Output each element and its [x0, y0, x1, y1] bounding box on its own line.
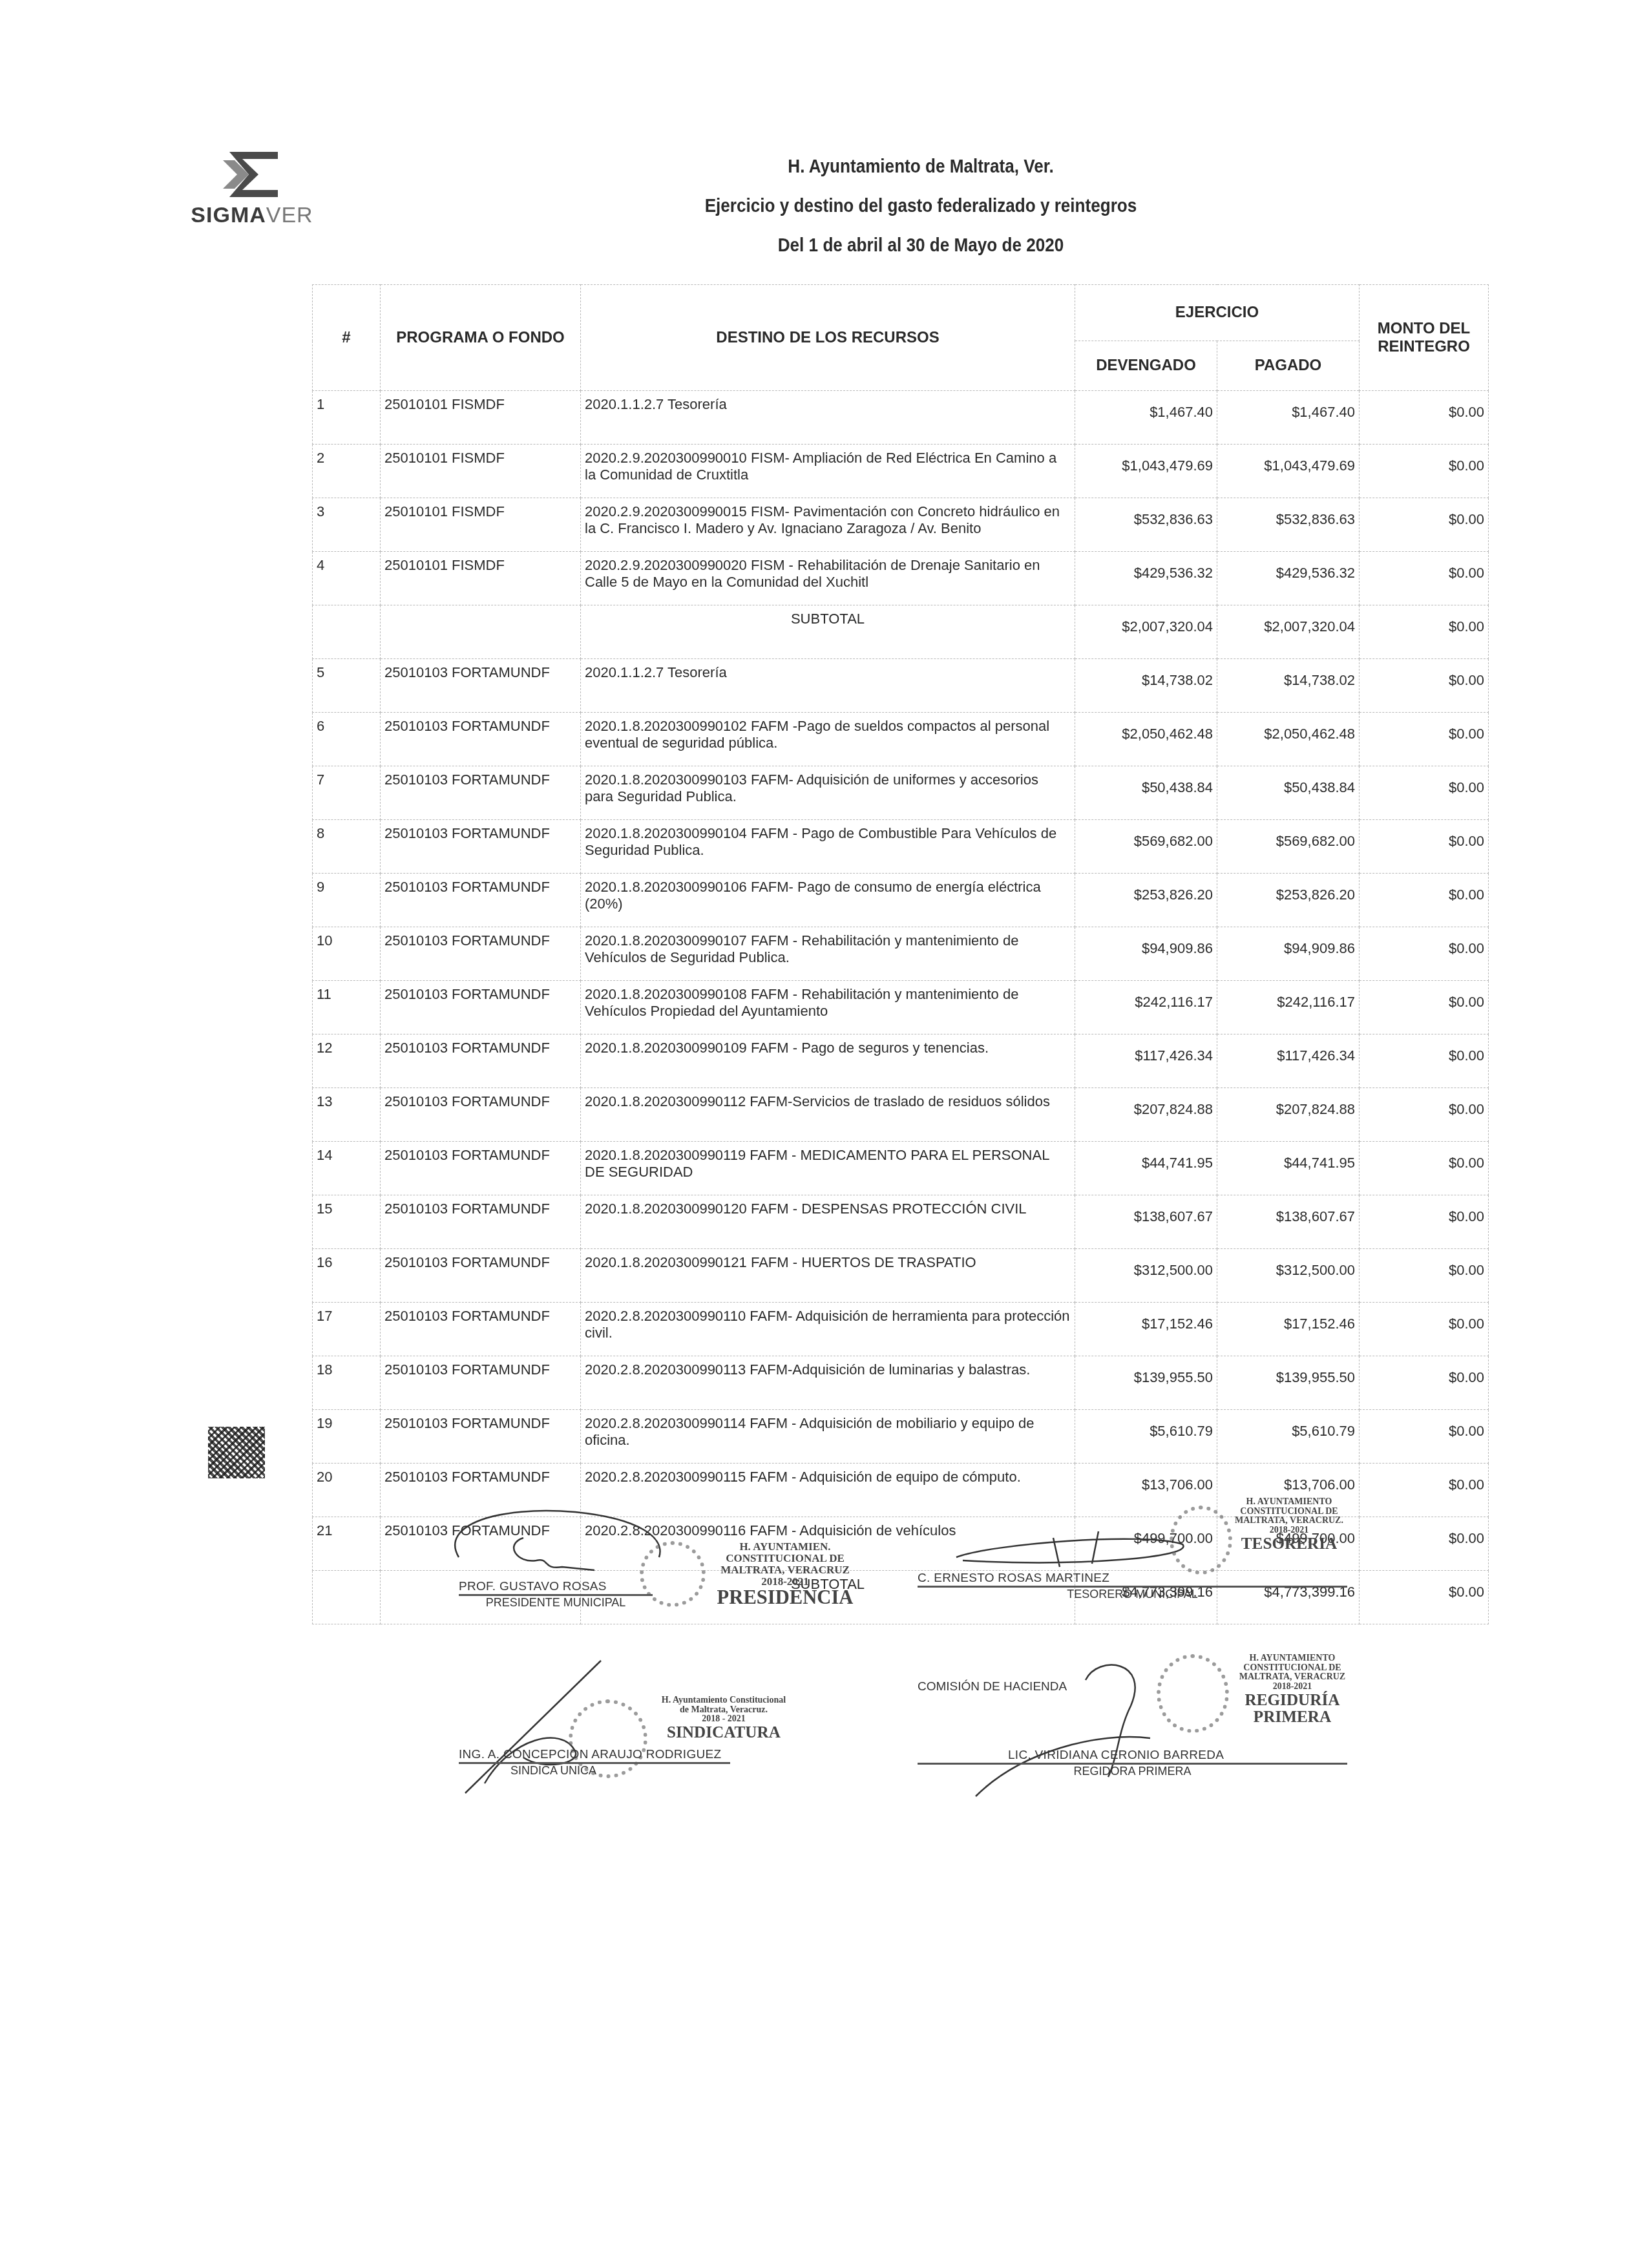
regidora-name: LIC. VIRIDIANA CERONIO BARREDA [918, 1748, 1347, 1763]
row-number: 4 [313, 552, 381, 605]
row-programa: 25010103 FORTAMUNDF [381, 1356, 581, 1410]
row-pagado: $569,682.00 [1217, 820, 1360, 874]
stamp-line: MALTRATA, VERACRUZ [1215, 1673, 1370, 1683]
row-destino: 2020.2.9.2020300990020 FISM - Rehabilita… [581, 552, 1075, 605]
row-devengado: $17,152.46 [1075, 1303, 1217, 1356]
subtotal-reintegro: $0.00 [1360, 1571, 1489, 1624]
row-programa: 25010103 FORTAMUNDF [381, 820, 581, 874]
row-devengado: $139,955.50 [1075, 1356, 1217, 1410]
expenditure-table: # PROGRAMA O FONDO DESTINO DE LOS RECURS… [312, 284, 1489, 1624]
row-devengado: $242,116.17 [1075, 981, 1217, 1034]
row-number: 18 [313, 1356, 381, 1410]
row-destino: 2020.1.8.2020300990121 FAFM - HUERTOS DE… [581, 1249, 1075, 1303]
row-number: 3 [313, 498, 381, 552]
row-destino: 2020.2.9.2020300990015 FISM- Pavimentaci… [581, 498, 1075, 552]
stamp-line: TESORERIA [1215, 1536, 1363, 1553]
table-row: 225010101 FISMDF2020.2.9.2020300990010 F… [313, 445, 1489, 498]
row-programa: 25010103 FORTAMUNDF [381, 1195, 581, 1249]
row-number: 10 [313, 927, 381, 981]
row-number: 19 [313, 1410, 381, 1464]
col-header-destino: DESTINO DE LOS RECURSOS [581, 285, 1075, 391]
row-number: 16 [313, 1249, 381, 1303]
stamp-line: H. Ayuntamiento Constitucional [627, 1696, 821, 1706]
row-devengado: $569,682.00 [1075, 820, 1217, 874]
row-programa: 25010101 FISMDF [381, 445, 581, 498]
row-programa: 25010103 FORTAMUNDF [381, 1303, 581, 1356]
subtotal-empty [381, 605, 581, 659]
col-header-devengado: DEVENGADO [1075, 341, 1217, 391]
commission-label: COMISIÓN DE HACIENDA [918, 1680, 1067, 1694]
signature-sindica: ING. A. CONCEPCION ARAUJO RODRIGUEZ SIND… [459, 1748, 730, 1778]
regidora-role: REGIDORA PRIMERA [918, 1765, 1347, 1778]
subtotal-devengado: $2,007,320.04 [1075, 605, 1217, 659]
comision-hacienda-label: COMISIÓN DE HACIENDA [918, 1680, 1067, 1694]
stamp-line: de Maltrata, Veracruz. [627, 1706, 821, 1716]
row-pagado: $312,500.00 [1217, 1249, 1360, 1303]
stamp-line: CONSTITUCIONAL DE [698, 1553, 872, 1564]
row-reintegro: $0.00 [1360, 820, 1489, 874]
col-header-ejercicio: EJERCICIO [1075, 285, 1360, 341]
row-devengado: $1,467.40 [1075, 391, 1217, 445]
table-body: 125010101 FISMDF2020.1.1.2.7 Tesorería$1… [313, 391, 1489, 1624]
row-reintegro: $0.00 [1360, 874, 1489, 927]
row-devengado: $14,738.02 [1075, 659, 1217, 713]
stamp-presidencia: H. AYUNTAMIEN.CONSTITUCIONAL DEMALTRATA,… [698, 1541, 872, 1608]
subtotal-label: SUBTOTAL [581, 605, 1075, 659]
stamp-line: 2018 - 2021 [627, 1715, 821, 1725]
row-programa: 25010103 FORTAMUNDF [381, 1142, 581, 1195]
signature-regidora: LIC. VIRIDIANA CERONIO BARREDA REGIDORA … [918, 1748, 1347, 1778]
row-reintegro: $0.00 [1360, 1410, 1489, 1464]
header-municipality: H. Ayuntamiento de Maltrata, Ver. [92, 156, 1649, 178]
stamp-line: REGIDURÍA PRIMERA [1215, 1692, 1370, 1727]
row-programa: 25010103 FORTAMUNDF [381, 874, 581, 927]
table-row: 625010103 FORTAMUNDF2020.1.8.20203009901… [313, 713, 1489, 766]
row-number: 15 [313, 1195, 381, 1249]
col-header-num: # [313, 285, 381, 391]
row-destino: 2020.2.9.2020300990010 FISM- Ampliación … [581, 445, 1075, 498]
table-row: 725010103 FORTAMUNDF2020.1.8.20203009901… [313, 766, 1489, 820]
row-destino: 2020.2.8.2020300990114 FAFM - Adquisició… [581, 1410, 1075, 1464]
row-programa: 25010101 FISMDF [381, 498, 581, 552]
row-destino: 2020.1.8.2020300990103 FAFM- Adquisición… [581, 766, 1075, 820]
row-devengado: $312,500.00 [1075, 1249, 1217, 1303]
row-programa: 25010103 FORTAMUNDF [381, 1249, 581, 1303]
row-destino: 2020.2.8.2020300990110 FAFM- Adquisición… [581, 1303, 1075, 1356]
row-number: 5 [313, 659, 381, 713]
row-reintegro: $0.00 [1360, 498, 1489, 552]
stamp-line: CONSTITUCIONAL DE [1215, 1507, 1363, 1517]
row-number: 20 [313, 1464, 381, 1517]
row-number: 7 [313, 766, 381, 820]
row-programa: 25010103 FORTAMUNDF [381, 1410, 581, 1464]
table-row: 325010101 FISMDF2020.2.9.2020300990015 F… [313, 498, 1489, 552]
row-programa: 25010103 FORTAMUNDF [381, 927, 581, 981]
row-reintegro: $0.00 [1360, 659, 1489, 713]
row-reintegro: $0.00 [1360, 552, 1489, 605]
row-destino: 2020.1.8.2020300990112 FAFM-Servicios de… [581, 1088, 1075, 1142]
table-row: 425010101 FISMDF2020.2.9.2020300990020 F… [313, 552, 1489, 605]
row-programa: 25010103 FORTAMUNDF [381, 1034, 581, 1088]
tesorero-role: TESORERO MUNICIPAL [918, 1588, 1347, 1601]
row-pagado: $139,955.50 [1217, 1356, 1360, 1410]
row-devengado: $253,826.20 [1075, 874, 1217, 927]
row-devengado: $532,836.63 [1075, 498, 1217, 552]
row-programa: 25010103 FORTAMUNDF [381, 981, 581, 1034]
row-programa: 25010103 FORTAMUNDF [381, 659, 581, 713]
stamp-line: 2018-2021 [698, 1576, 872, 1588]
row-reintegro: $0.00 [1360, 1088, 1489, 1142]
row-devengado: $44,741.95 [1075, 1142, 1217, 1195]
row-pagado: $253,826.20 [1217, 874, 1360, 927]
table-row: 125010101 FISMDF2020.1.1.2.7 Tesorería$1… [313, 391, 1489, 445]
row-programa: 25010101 FISMDF [381, 552, 581, 605]
subtotal-row: SUBTOTAL$2,007,320.04$2,007,320.04$0.00 [313, 605, 1489, 659]
table-row: 1725010103 FORTAMUNDF2020.2.8.2020300990… [313, 1303, 1489, 1356]
subtotal-empty [313, 1571, 381, 1624]
table-row: 825010103 FORTAMUNDF2020.1.8.20203009901… [313, 820, 1489, 874]
table-row: 925010103 FORTAMUNDF2020.1.8.20203009901… [313, 874, 1489, 927]
row-pagado: $44,741.95 [1217, 1142, 1360, 1195]
row-reintegro: $0.00 [1360, 927, 1489, 981]
signature-tesorero: C. ERNESTO ROSAS MARTINEZ TESORERO MUNIC… [918, 1571, 1347, 1601]
row-destino: 2020.1.8.2020300990102 FAFM -Pago de sue… [581, 713, 1075, 766]
row-reintegro: $0.00 [1360, 981, 1489, 1034]
col-header-pagado: PAGADO [1217, 341, 1360, 391]
row-reintegro: $0.00 [1360, 1517, 1489, 1571]
row-destino: 2020.1.8.2020300990104 FAFM - Pago de Co… [581, 820, 1075, 874]
row-programa: 25010101 FISMDF [381, 391, 581, 445]
row-pagado: $242,116.17 [1217, 981, 1360, 1034]
row-reintegro: $0.00 [1360, 1249, 1489, 1303]
subtotal-reintegro: $0.00 [1360, 605, 1489, 659]
row-destino: 2020.1.8.2020300990109 FAFM - Pago de se… [581, 1034, 1075, 1088]
stamp-line: CONSTITUCIONAL DE [1215, 1664, 1370, 1674]
row-devengado: $1,043,479.69 [1075, 445, 1217, 498]
col-header-programa: PROGRAMA O FONDO [381, 285, 581, 391]
row-devengado: $117,426.34 [1075, 1034, 1217, 1088]
table-row: 1125010103 FORTAMUNDF2020.1.8.2020300990… [313, 981, 1489, 1034]
row-reintegro: $0.00 [1360, 1034, 1489, 1088]
table-row: 1425010103 FORTAMUNDF2020.1.8.2020300990… [313, 1142, 1489, 1195]
row-reintegro: $0.00 [1360, 766, 1489, 820]
presidente-name: PROF. GUSTAVO ROSAS [459, 1580, 653, 1594]
sindica-name: ING. A. CONCEPCION ARAUJO RODRIGUEZ [459, 1748, 730, 1762]
stamp-line: 2018-2021 [1215, 1683, 1370, 1692]
row-pagado: $50,438.84 [1217, 766, 1360, 820]
row-reintegro: $0.00 [1360, 391, 1489, 445]
row-destino: 2020.1.8.2020300990107 FAFM - Rehabilita… [581, 927, 1075, 981]
row-destino: 2020.1.8.2020300990120 FAFM - DESPENSAS … [581, 1195, 1075, 1249]
subtotal-pagado: $2,007,320.04 [1217, 605, 1360, 659]
header-title: Ejercicio y destino del gasto federaliza… [92, 196, 1649, 217]
row-pagado: $17,152.46 [1217, 1303, 1360, 1356]
qr-code-icon [208, 1427, 265, 1478]
header-period: Del 1 de abril al 30 de Mayo de 2020 [92, 235, 1649, 257]
stamp-sindicatura: H. Ayuntamiento Constitucionalde Maltrat… [627, 1696, 821, 1742]
row-number: 1 [313, 391, 381, 445]
table-row: 1325010103 FORTAMUNDF2020.1.8.2020300990… [313, 1088, 1489, 1142]
row-reintegro: $0.00 [1360, 1464, 1489, 1517]
signature-regidora-icon [969, 1654, 1189, 1803]
row-destino: 2020.2.8.2020300990113 FAFM-Adquisición … [581, 1356, 1075, 1410]
row-devengado: $138,607.67 [1075, 1195, 1217, 1249]
stamp-line: H. AYUNTAMIENTO [1215, 1654, 1370, 1664]
stamp-line: SINDICATURA [627, 1725, 821, 1741]
stamp-line: MALTRATA, VERACRUZ. [1215, 1517, 1363, 1526]
row-pagado: $14,738.02 [1217, 659, 1360, 713]
table-row: 525010103 FORTAMUNDF2020.1.1.2.7 Tesorer… [313, 659, 1489, 713]
row-destino: 2020.1.1.2.7 Tesorería [581, 659, 1075, 713]
row-destino: 2020.1.1.2.7 Tesorería [581, 391, 1075, 445]
row-devengado: $429,536.32 [1075, 552, 1217, 605]
stamp-regiduria: H. AYUNTAMIENTOCONSTITUCIONAL DEMALTRATA… [1215, 1654, 1370, 1727]
stamp-line: PRESIDENCIA [698, 1587, 872, 1608]
stamp-tesoreria: H. AYUNTAMIENTOCONSTITUCIONAL DEMALTRATA… [1215, 1498, 1363, 1553]
row-number: 12 [313, 1034, 381, 1088]
row-reintegro: $0.00 [1360, 713, 1489, 766]
row-destino: 2020.1.8.2020300990106 FAFM- Pago de con… [581, 874, 1075, 927]
row-number: 17 [313, 1303, 381, 1356]
row-number: 13 [313, 1088, 381, 1142]
row-devengado: $5,610.79 [1075, 1410, 1217, 1464]
col-header-reintegro: MONTO DEL REINTEGRO [1360, 285, 1489, 391]
row-reintegro: $0.00 [1360, 1356, 1489, 1410]
row-number: 21 [313, 1517, 381, 1571]
row-destino: 2020.1.8.2020300990119 FAFM - MEDICAMENT… [581, 1142, 1075, 1195]
stamp-line: 2018-2021 [1215, 1526, 1363, 1536]
row-reintegro: $0.00 [1360, 1303, 1489, 1356]
row-programa: 25010103 FORTAMUNDF [381, 1088, 581, 1142]
row-reintegro: $0.00 [1360, 1142, 1489, 1195]
table-row: 1525010103 FORTAMUNDF2020.1.8.2020300990… [313, 1195, 1489, 1249]
row-programa: 25010103 FORTAMUNDF [381, 713, 581, 766]
signature-presidente: PROF. GUSTAVO ROSAS PRESIDENTE MUNICIPAL [459, 1580, 653, 1610]
row-number: 14 [313, 1142, 381, 1195]
row-number: 11 [313, 981, 381, 1034]
row-number: 9 [313, 874, 381, 927]
row-pagado: $94,909.86 [1217, 927, 1360, 981]
row-pagado: $138,607.67 [1217, 1195, 1360, 1249]
row-number: 8 [313, 820, 381, 874]
row-pagado: $2,050,462.48 [1217, 713, 1360, 766]
row-programa: 25010103 FORTAMUNDF [381, 766, 581, 820]
row-devengado: $207,824.88 [1075, 1088, 1217, 1142]
sindica-role: SINDICA UNICA [459, 1764, 730, 1778]
subtotal-empty [313, 605, 381, 659]
table-row: 1825010103 FORTAMUNDF2020.2.8.2020300990… [313, 1356, 1489, 1410]
tesorero-name: C. ERNESTO ROSAS MARTINEZ [918, 1571, 1347, 1586]
row-pagado: $532,836.63 [1217, 498, 1360, 552]
row-reintegro: $0.00 [1360, 445, 1489, 498]
table-row: 1025010103 FORTAMUNDF2020.1.8.2020300990… [313, 927, 1489, 981]
row-pagado: $429,536.32 [1217, 552, 1360, 605]
row-pagado: $1,467.40 [1217, 391, 1360, 445]
row-devengado: $94,909.86 [1075, 927, 1217, 981]
table-row: 1925010103 FORTAMUNDF2020.2.8.2020300990… [313, 1410, 1489, 1464]
table-row: 1225010103 FORTAMUNDF2020.1.8.2020300990… [313, 1034, 1489, 1088]
table-row: 1625010103 FORTAMUNDF2020.1.8.2020300990… [313, 1249, 1489, 1303]
row-destino: 2020.1.8.2020300990108 FAFM - Rehabilita… [581, 981, 1075, 1034]
presidente-role: PRESIDENTE MUNICIPAL [459, 1596, 653, 1610]
stamp-line: MALTRATA, VERACRUZ [698, 1564, 872, 1576]
row-reintegro: $0.00 [1360, 1195, 1489, 1249]
row-devengado: $50,438.84 [1075, 766, 1217, 820]
row-number: 2 [313, 445, 381, 498]
stamp-line: H. AYUNTAMIENTO [1215, 1498, 1363, 1507]
row-pagado: $117,426.34 [1217, 1034, 1360, 1088]
row-pagado: $5,610.79 [1217, 1410, 1360, 1464]
row-devengado: $2,050,462.48 [1075, 713, 1217, 766]
row-pagado: $207,824.88 [1217, 1088, 1360, 1142]
document-header: H. Ayuntamiento de Maltrata, Ver. Ejerci… [0, 156, 1649, 275]
row-pagado: $1,043,479.69 [1217, 445, 1360, 498]
stamp-line: H. AYUNTAMIEN. [698, 1541, 872, 1553]
row-number: 6 [313, 713, 381, 766]
